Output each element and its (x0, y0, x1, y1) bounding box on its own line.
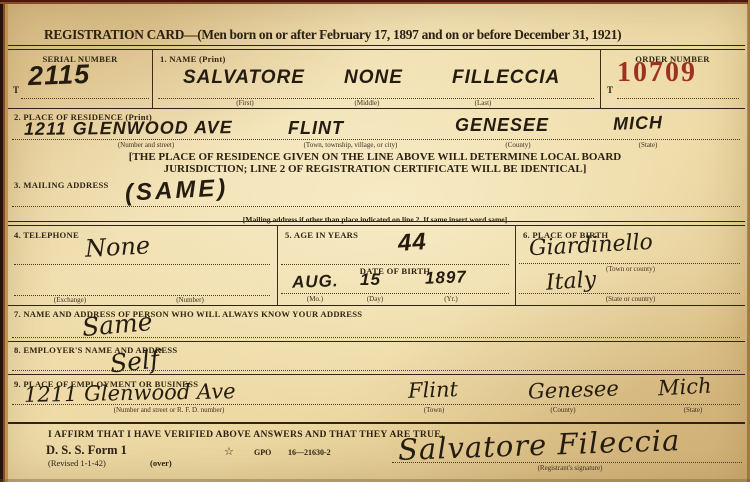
name-middle-value: NONE (344, 67, 403, 89)
form-over: (over) (150, 458, 172, 468)
employment-state-value: Mich (657, 374, 712, 401)
residence-street-value: 1211 GLENWOOD AVE (24, 117, 233, 140)
gpo-print-code: 16—21630-2 (288, 448, 331, 457)
residence-notice-line2: JURISDICTION; LINE 2 OF REGISTRATION CER… (40, 163, 710, 175)
residence-state-value: MICH (613, 112, 664, 135)
residence-town-value: FLINT (288, 118, 344, 139)
birth-sub-country: (State or country) (553, 295, 708, 303)
order-t-mark: T (607, 85, 613, 95)
contact-rule (8, 341, 745, 342)
employment-sub-county: (County) (522, 406, 604, 414)
telephone-label: 4. TELEPHONE (14, 230, 79, 240)
signature-dotted-line (392, 462, 742, 463)
divider-age-birth (515, 226, 516, 305)
employment-sub-state: (State) (662, 406, 724, 414)
employment-street-value: 1211 Glenwood Ave (24, 379, 236, 407)
dob-day-value: 15 (360, 270, 381, 290)
name-sub-first: (First) (200, 99, 290, 107)
name-sub-last: (Last) (438, 99, 528, 107)
name-last-value: FILLECCIA (452, 67, 560, 89)
employment-town-value: Flint (408, 377, 459, 403)
registration-card: REGISTRATION CARD—(Men born on or after … (0, 0, 750, 482)
order-number-value: 10709 (617, 57, 697, 89)
telephone-sub-number: (Number) (148, 296, 232, 304)
name-sub-middle: (Middle) (322, 99, 412, 107)
age-value: 44 (397, 228, 428, 258)
order-dotted-line (617, 98, 739, 99)
form-number: D. S. S. Form 1 (46, 443, 127, 458)
residence-notice-line1: [THE PLACE OF RESIDENCE GIVEN ON THE LIN… (40, 151, 710, 163)
mailing-value: (SAME) (124, 174, 229, 207)
telephone-value: None (84, 231, 150, 262)
telephone-sub-exchange: (Exchange) (28, 296, 112, 304)
residence-sub-state: (State) (608, 141, 688, 149)
card-title: REGISTRATION CARD—(Men born on or after … (44, 27, 621, 43)
mailing-dotted-line (12, 206, 740, 207)
age-dotted-line (281, 264, 509, 265)
birth-dotted-line2 (519, 293, 740, 294)
contact-dotted-line (12, 337, 740, 338)
serial-t-mark: T (13, 85, 19, 95)
birth-dotted-line1 (519, 263, 740, 264)
contact-label: 7. NAME AND ADDRESS OF PERSON WHO WILL A… (14, 309, 362, 319)
dob-sub-month: (Mo.) (290, 295, 340, 303)
star-icon: ☆ (224, 445, 234, 458)
telephone-dotted-line1 (14, 264, 270, 265)
employment-dotted-line (12, 404, 740, 405)
scan-edge-right (745, 0, 750, 482)
employment-sub-town: (Town) (398, 406, 470, 414)
scan-edge-left (0, 0, 8, 482)
name-first-value: SALVATORE (183, 67, 305, 89)
form-revised: (Revised 1-1-42) (48, 458, 106, 468)
employer-rule (8, 374, 745, 375)
dob-sub-year: (Yr.) (426, 295, 476, 303)
age-label: 5. AGE IN YEARS (285, 230, 358, 240)
serial-number-value: 2115 (27, 59, 90, 92)
gpo-label: GPO (254, 448, 271, 457)
residence-sub-street: (Number and street) (66, 141, 226, 149)
signature-sub-label: (Registrant's signature) (460, 464, 680, 472)
residence-sub-town: (Town, township, village, or city) (258, 141, 443, 149)
divider-serial-name (152, 50, 153, 108)
residence-county-value: GENESEE (455, 115, 549, 136)
residence-sub-county: (County) (478, 141, 558, 149)
dob-month-value: AUG. (292, 271, 339, 293)
scan-edge-top (0, 0, 750, 4)
employment-sub-street: (Number and street or R. F. D. number) (38, 406, 300, 414)
residence-dotted-line (12, 139, 740, 140)
divider-telephone-age (277, 226, 278, 305)
dob-year-value: 1897 (425, 267, 468, 288)
serial-dotted-line (21, 98, 149, 99)
employment-county-value: Genesee (528, 376, 620, 403)
mailing-label: 3. MAILING ADDRESS (14, 180, 109, 190)
birth-country-value: Italy (545, 267, 597, 295)
employer-dotted-line (12, 370, 740, 371)
dob-dotted-line (281, 293, 509, 294)
dob-sub-day: (Day) (350, 295, 400, 303)
affirmation-text: I AFFIRM THAT I HAVE VERIFIED ABOVE ANSW… (48, 429, 444, 440)
name-label: 1. NAME (Print) (160, 54, 226, 64)
